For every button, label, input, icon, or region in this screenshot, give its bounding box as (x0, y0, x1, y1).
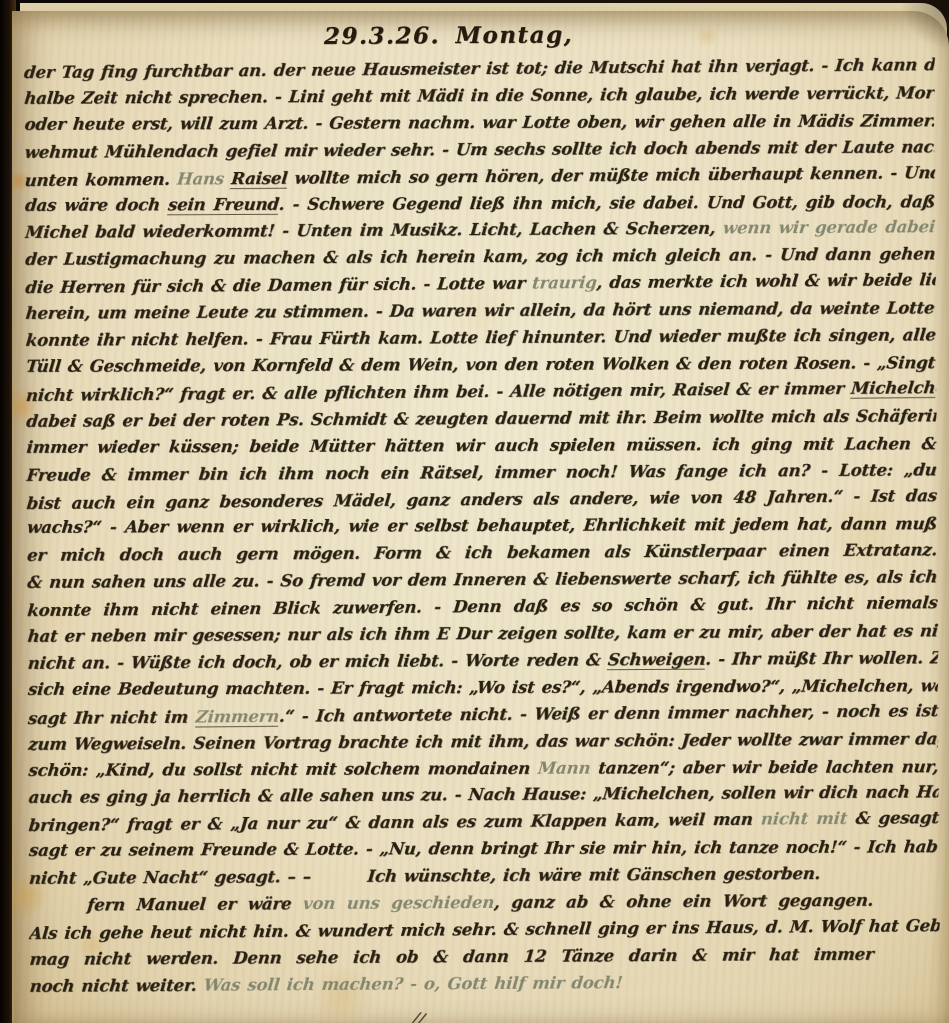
handwriting-line: immer wieder küssen; beide Mütter hätten… (25, 430, 938, 461)
handwriting-line: zum Wegweiseln. Seinen Vortrag brachte i… (27, 725, 940, 757)
handwriting-line: oder heute erst, will zum Arzt. - Gester… (23, 107, 936, 138)
handwriting-line: noch nicht weiter. Was soll ich machen? … (29, 967, 942, 999)
diary-scan: { "document": { "heading": "29.3.26. Mon… (0, 0, 949, 1023)
diary-page: 29.3.26. Montag, der Tag fing furchtbar … (12, 11, 949, 1023)
date-heading: 29.3.26. Montag, (15, 20, 882, 52)
handwriting-line: dabei saß er bei der roten Ps. Schmidt &… (25, 402, 938, 434)
page-content: 29.3.26. Montag, der Tag fing furchtbar … (15, 12, 948, 1023)
handwriting-lines: der Tag fing furchtbar an. der neue Haus… (15, 49, 948, 999)
